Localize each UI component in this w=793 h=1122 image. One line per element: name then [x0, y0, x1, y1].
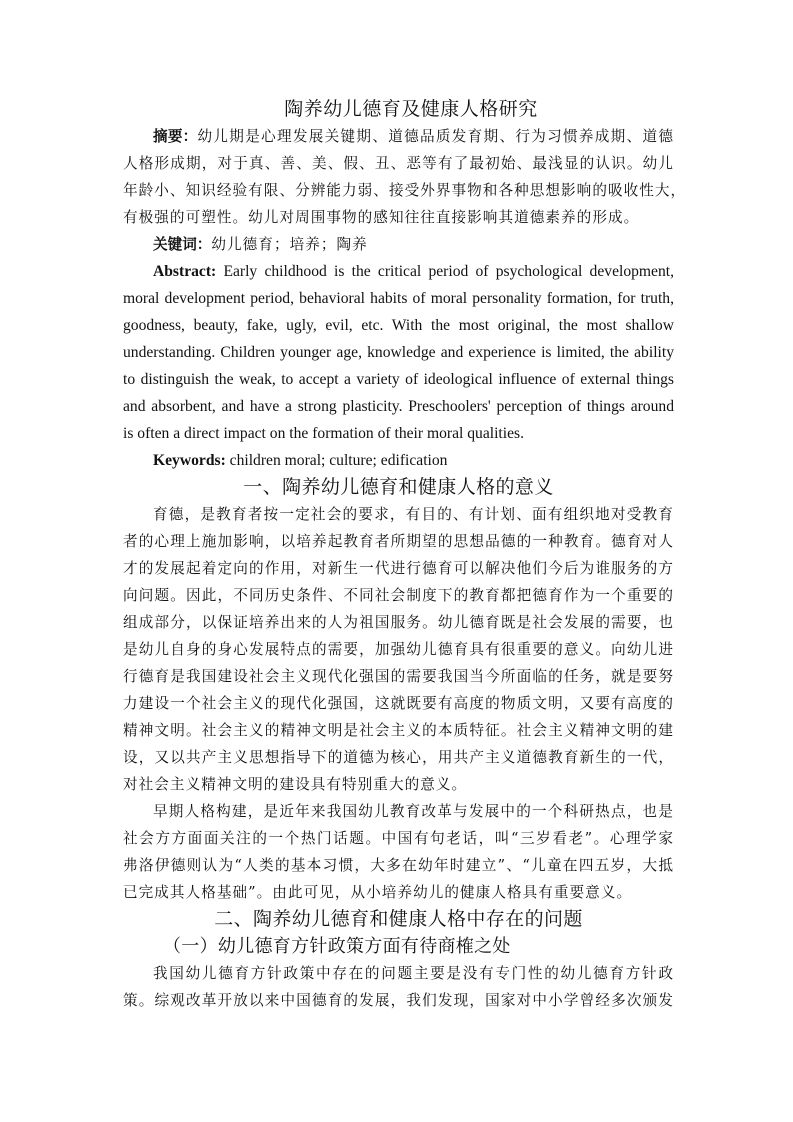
- abstract-en-line: moral development period, behavioral hab…: [123, 285, 674, 312]
- abstract-en-label: Abstract:: [153, 263, 216, 280]
- keywords-cn: 关键词：幼儿德育；培养；陶养: [123, 231, 674, 258]
- paragraph-line: 才的发展起着定向的作用，对新生一代进行德育可以解决他们今后为谁服务的方: [123, 555, 674, 582]
- abstract-cn-line: 年龄小、知识经验有限、分辨能力弱、接受外界事物和各种思想影响的吸收性大，: [123, 177, 674, 204]
- paragraph-line: 策。综观改革开放以来中国德育的发展，我们发现，国家对中小学曾经多次颁发: [123, 987, 674, 1014]
- section-1-paragraph-1: 育德，是教育者按一定社会的要求，有目的、有计划、面有组织地对受教育 者的心理上施…: [123, 501, 674, 798]
- paragraph-line: 力建设一个社会主义的现代化强国，这就既要有高度的物质文明，又要有高度的: [123, 690, 674, 717]
- keywords-cn-label: 关键词：: [153, 236, 211, 253]
- paragraph-line: 我国幼儿德育方针政策中存在的问题主要是没有专门性的幼儿德育方针政: [123, 960, 674, 987]
- paragraph-line: 是幼儿自身的身心发展特点的需要，加强幼儿德育具有很重要的意义。向幼儿进: [123, 636, 674, 663]
- abstract-cn-line: 人格形成期，对于真、善、美、假、丑、恶等有了最初始、最浅显的认识。幼儿: [123, 150, 674, 177]
- paper-title: 陶养幼儿德育及健康人格研究: [148, 96, 674, 123]
- keywords-en: Keywords: children moral; culture; edifi…: [123, 447, 674, 474]
- subsection-2-1-heading: （一）幼儿德育方针政策方面有待商榷之处: [123, 933, 674, 960]
- paragraph-line: 精神文明。社会主义的精神文明是社会主义的本质特征。社会主义精神文明的建: [123, 717, 674, 744]
- paragraph-line: 社会方方面面关注的一个热门话题。中国有句老话，叫“三岁看老”。心理学家: [123, 825, 674, 852]
- paragraph-line: 对社会主义精神文明的建设具有特别重大的意义。: [123, 771, 674, 798]
- abstract-en-line: and absorbent, and have a strong plastic…: [123, 393, 674, 420]
- abstract-cn-line: 有极强的可塑性。幼儿对周围事物的感知往往直接影响其道德素养的形成。: [123, 204, 674, 231]
- subsection-2-1-paragraph-1: 我国幼儿德育方针政策中存在的问题主要是没有专门性的幼儿德育方针政 策。综观改革开…: [123, 960, 674, 1014]
- abstract-cn: 摘要：幼儿期是心理发展关键期、道德品质发育期、行为习惯养成期、道德 人格形成期，…: [123, 123, 674, 231]
- keywords-cn-text: 幼儿德育；培养；陶养: [211, 236, 367, 253]
- abstract-en-line: to distinguish the weak, to accept a var…: [123, 366, 674, 393]
- abstract-en-line: Abstract: Early childhood is the critica…: [123, 258, 674, 285]
- paragraph-line: 向问题。因此，不同历史条件、不同社会制度下的教育都把德育作为一个重要的: [123, 582, 674, 609]
- document-page: 陶养幼儿德育及健康人格研究 摘要：幼儿期是心理发展关键期、道德品质发育期、行为习…: [123, 96, 674, 1014]
- abstract-cn-line: 摘要：幼儿期是心理发展关键期、道德品质发育期、行为习惯养成期、道德: [123, 123, 674, 150]
- abstract-en: Abstract: Early childhood is the critica…: [123, 258, 674, 447]
- section-1-paragraph-2: 早期人格构建，是近年来我国幼儿教育改革与发展中的一个科研热点，也是 社会方方面面…: [123, 798, 674, 906]
- keywords-en-text: children moral; culture; edification: [226, 452, 448, 469]
- section-2-heading: 二、陶养幼儿德育和健康人格中存在的问题: [123, 906, 674, 933]
- abstract-en-line: goodness, beauty, fake, ugly, evil, etc.…: [123, 312, 674, 339]
- paragraph-line: 已完成其人格基础”。由此可见，从小培养幼儿的健康人格具有重要意义。: [123, 879, 674, 906]
- keywords-en-label: Keywords:: [153, 452, 226, 469]
- section-1-heading: 一、陶养幼儿德育和健康人格的意义: [123, 474, 674, 501]
- abstract-cn-label: 摘要：: [153, 128, 198, 145]
- paragraph-line: 设，又以共产主义思想指导下的道德为核心，用共产主义道德教育新生的一代，: [123, 744, 674, 771]
- paragraph-line: 早期人格构建，是近年来我国幼儿教育改革与发展中的一个科研热点，也是: [123, 798, 674, 825]
- abstract-en-line: is often a direct impact on the formatio…: [123, 420, 674, 447]
- paragraph-line: 行德育是我国建设社会主义现代化强国的需要我国当今所面临的任务，就是要努: [123, 663, 674, 690]
- paragraph-line: 弗洛伊德则认为“人类的基本习惯，大多在幼年时建立”、“儿童在四五岁，大抵: [123, 852, 674, 879]
- paragraph-line: 育德，是教育者按一定社会的要求，有目的、有计划、面有组织地对受教育: [123, 501, 674, 528]
- paragraph-line: 组成部分，以保证培养出来的人为祖国服务。幼儿德育既是社会发展的需要，也: [123, 609, 674, 636]
- paragraph-line: 者的心理上施加影响，以培养起教育者所期望的思想品德的一种教育。德育对人: [123, 528, 674, 555]
- abstract-en-line: understanding. Children younger age, kno…: [123, 339, 674, 366]
